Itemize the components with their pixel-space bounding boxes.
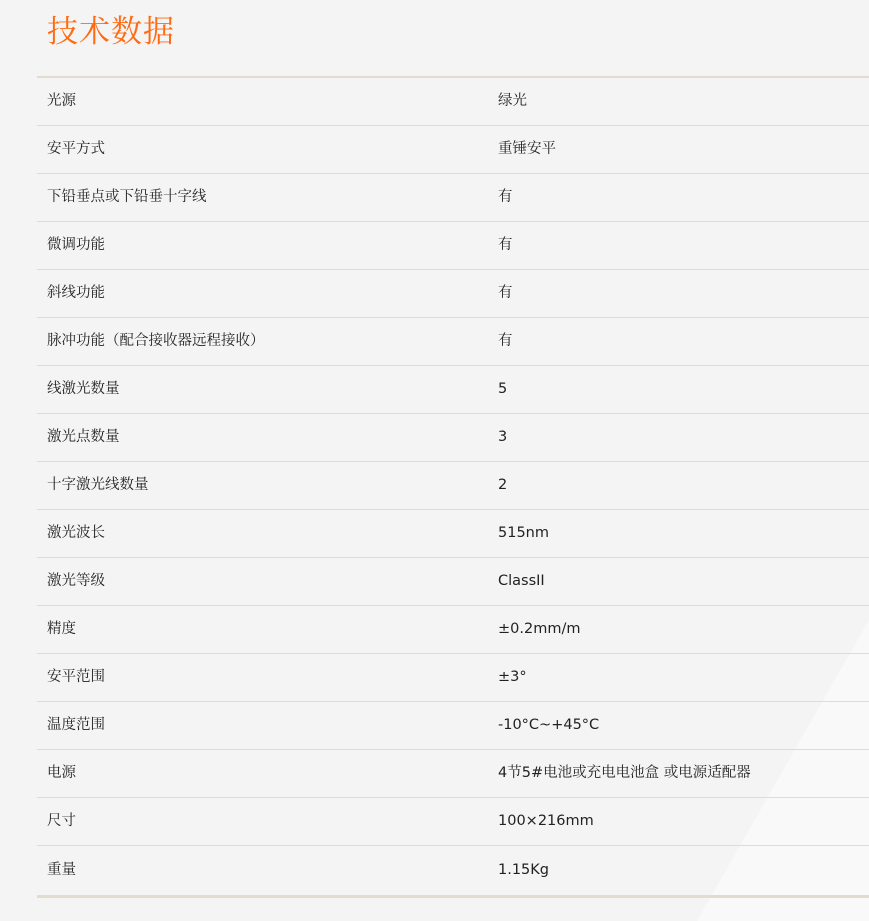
table-row: 尺寸100×216mm <box>37 798 869 846</box>
table-row: 激光点数量3 <box>37 414 869 462</box>
spec-label: 光源 <box>37 77 488 126</box>
spec-label: 精度 <box>37 606 488 654</box>
table-row: 脉冲功能（配合接收器远程接收）有 <box>37 318 869 366</box>
spec-label: 电源 <box>37 750 488 798</box>
spec-label: 激光等级 <box>37 558 488 606</box>
spec-value: ±3° <box>488 654 869 702</box>
spec-value: -10°C~+45°C <box>488 702 869 750</box>
spec-value: 绿光 <box>488 77 869 126</box>
page-title: 技术数据 <box>47 10 175 54</box>
table-row: 斜线功能有 <box>37 270 869 318</box>
table-row: 重量1.15Kg <box>37 846 869 897</box>
spec-label: 激光点数量 <box>37 414 488 462</box>
spec-value: 1.15Kg <box>488 846 869 897</box>
spec-label: 安平范围 <box>37 654 488 702</box>
spec-label: 尺寸 <box>37 798 488 846</box>
spec-label: 激光波长 <box>37 510 488 558</box>
table-row: 下铅垂点或下铅垂十字线有 <box>37 174 869 222</box>
spec-value: 515nm <box>488 510 869 558</box>
table-row: 电源4节5#电池或充电电池盒 或电源适配器 <box>37 750 869 798</box>
spec-label: 重量 <box>37 846 488 897</box>
table-row: 光源绿光 <box>37 77 869 126</box>
spec-label: 脉冲功能（配合接收器远程接收） <box>37 318 488 366</box>
spec-value: ±0.2mm/m <box>488 606 869 654</box>
spec-label: 斜线功能 <box>37 270 488 318</box>
table-row: 安平范围±3° <box>37 654 869 702</box>
table-row: 精度±0.2mm/m <box>37 606 869 654</box>
spec-label: 线激光数量 <box>37 366 488 414</box>
spec-value: 有 <box>488 318 869 366</box>
spec-value: 有 <box>488 222 869 270</box>
table-row: 微调功能有 <box>37 222 869 270</box>
table-row: 十字激光线数量2 <box>37 462 869 510</box>
spec-label: 微调功能 <box>37 222 488 270</box>
spec-value: 5 <box>488 366 869 414</box>
spec-label: 十字激光线数量 <box>37 462 488 510</box>
table-row: 温度范围-10°C~+45°C <box>37 702 869 750</box>
spec-label: 下铅垂点或下铅垂十字线 <box>37 174 488 222</box>
spec-value: 2 <box>488 462 869 510</box>
table-row: 安平方式重锤安平 <box>37 126 869 174</box>
spec-label: 安平方式 <box>37 126 488 174</box>
table-row: 激光波长515nm <box>37 510 869 558</box>
spec-value: 有 <box>488 270 869 318</box>
spec-value: 100×216mm <box>488 798 869 846</box>
spec-value: 4节5#电池或充电电池盒 或电源适配器 <box>488 750 869 798</box>
spec-value: 3 <box>488 414 869 462</box>
spec-value: ClassII <box>488 558 869 606</box>
spec-table: 光源绿光 安平方式重锤安平 下铅垂点或下铅垂十字线有 微调功能有 斜线功能有 脉… <box>37 76 869 898</box>
table-row: 线激光数量5 <box>37 366 869 414</box>
table-row: 激光等级ClassII <box>37 558 869 606</box>
spec-value: 重锤安平 <box>488 126 869 174</box>
spec-value: 有 <box>488 174 869 222</box>
spec-label: 温度范围 <box>37 702 488 750</box>
